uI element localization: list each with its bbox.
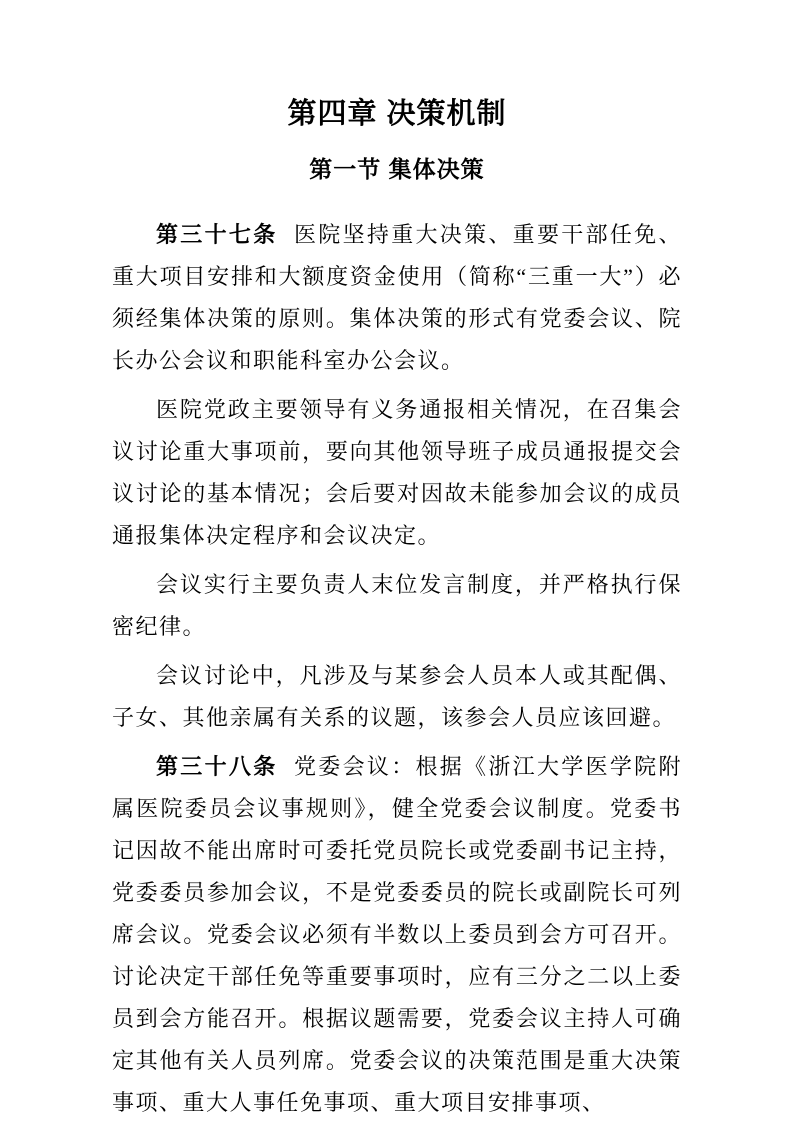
paragraph-article-37: 第三十七条医院坚持重大决策、重要干部任免、重大项目安排和大额度资金使用（简称“三… [112, 214, 682, 382]
paragraph-article-38: 第三十八条党委会议：根据《浙江大学医学院附属医院委员会议事规则》，健全党委会议制… [112, 746, 682, 1122]
paragraph-recusal-rule: 会议讨论中，凡涉及与某参会人员本人或其配偶、子女、其他亲属有关系的议题，该参会人… [112, 655, 682, 739]
paragraph-2-text: 医院党政主要领导有义务通报相关情况，在召集会议讨论重大事项前，要向其他领导班子成… [112, 397, 682, 548]
article-38-number: 第三十八条 [156, 754, 278, 779]
paragraph-3-text: 会议实行主要负责人末位发言制度，并严格执行保密纪律。 [112, 572, 682, 639]
chapter-title: 第四章 决策机制 [112, 99, 682, 131]
paragraph-4-text: 会议讨论中，凡涉及与某参会人员本人或其配偶、子女、其他亲属有关系的议题，该参会人… [112, 663, 682, 730]
document-body: 第三十七条医院坚持重大决策、重要干部任免、重大项目安排和大额度资金使用（简称“三… [112, 214, 682, 1122]
article-38-text: 党委会议：根据《浙江大学医学院附属医院委员会议事规则》，健全党委会议制度。党委书… [112, 754, 682, 1115]
section-title: 第一节 集体决策 [112, 157, 682, 182]
document-page: 第四章 决策机制 第一节 集体决策 第三十七条医院坚持重大决策、重要干部任免、重… [0, 0, 793, 1122]
paragraph-notification-duty: 医院党政主要领导有义务通报相关情况，在召集会议讨论重大事项前，要向其他领导班子成… [112, 389, 682, 557]
article-37-number: 第三十七条 [156, 222, 278, 247]
paragraph-speaking-order: 会议实行主要负责人末位发言制度，并严格执行保密纪律。 [112, 564, 682, 648]
